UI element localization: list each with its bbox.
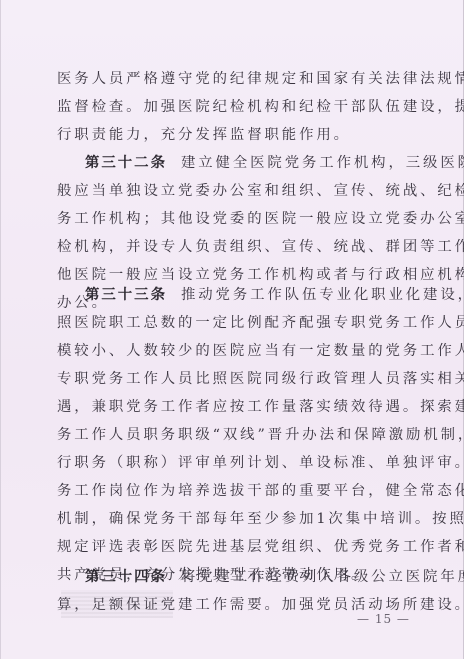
article-first-line: 第三十二条建立健全医院党务工作机构，三级医院一 (57, 149, 407, 177)
article-heading: 第三十三条 (85, 287, 167, 303)
text-line: 监督检查。加强医院纪检机构和纪检干部队伍建设，提高履 (57, 93, 407, 121)
document-page: 医务人员严格遵守党的纪律规定和国家有关法律法规情况的 监督检查。加强医院纪检机构… (0, 0, 464, 659)
text-line: 专职党务工作人员比照医院同级行政管理人员落实相关待 (57, 365, 407, 393)
article-33: 第三十三条推动党务工作队伍专业化职业化建设，按 照医院职工总数的一定比例配齐配强… (57, 281, 407, 589)
text-line: 模较小、人数较少的医院应当有一定数量的党务工作人员。 (57, 337, 407, 365)
text-line: 医务人员严格遵守党的纪律规定和国家有关法律法规情况的 (57, 65, 407, 93)
text-line: 行职责能力，充分发挥监督职能作用。 (57, 121, 407, 149)
text-line: 检机构，并设专人负责组织、宣传、统战、群团等工作；其 (57, 233, 407, 261)
text-line: 推动党务工作队伍专业化职业化建设，按 (181, 287, 464, 303)
text-line: 算，足额保证党建工作需要。加强党员活动场所建设。 (57, 591, 407, 619)
text-line: 务工作机构；其他设党委的医院一般应设立党委办公室和纪 (57, 205, 407, 233)
article-first-line: 第三十三条推动党务工作队伍专业化职业化建设，按 (57, 281, 407, 309)
text-line: 务工作人员职务职级“双线”晋升办法和保障激励机制，实 (57, 421, 407, 449)
text-line: 照医院职工总数的一定比例配齐配强专职党务工作人员，规 (57, 309, 407, 337)
text-line: 规定评选表彰医院先进基层党组织、优秀党务工作者和优秀 (57, 533, 407, 561)
continuation-paragraph: 医务人员严格遵守党的纪律规定和国家有关法律法规情况的 监督检查。加强医院纪检机构… (57, 65, 407, 149)
text-line: 务工作岗位作为培养选拔干部的重要平台，健全常态化培训 (57, 477, 407, 505)
text-line: 般应当单独设立党委办公室和组织、宣传、统战、纪检等党 (57, 177, 407, 205)
text-line: 遇，兼职党务工作者应按工作量落实绩效待遇。探索建立党 (57, 393, 407, 421)
text-line: 将党建工作经费列入各级公立医院年度预 (181, 569, 464, 585)
text-line: 建立健全医院党务工作机构，三级医院一 (181, 155, 464, 171)
text-line: 行职务（职称）评审单列计划、单设标准、单独评审。把党 (57, 449, 407, 477)
article-heading: 第三十四条 (85, 569, 167, 585)
article-heading: 第三十二条 (85, 155, 167, 171)
text-line: 机制，确保党务干部每年至少参加1次集中培训。按照有关 (57, 505, 407, 533)
article-34: 第三十四条将党建工作经费列入各级公立医院年度预 算，足额保证党建工作需要。加强党… (57, 563, 407, 619)
article-first-line: 第三十四条将党建工作经费列入各级公立医院年度预 (57, 563, 407, 591)
page-number: — 15 — (357, 612, 410, 626)
